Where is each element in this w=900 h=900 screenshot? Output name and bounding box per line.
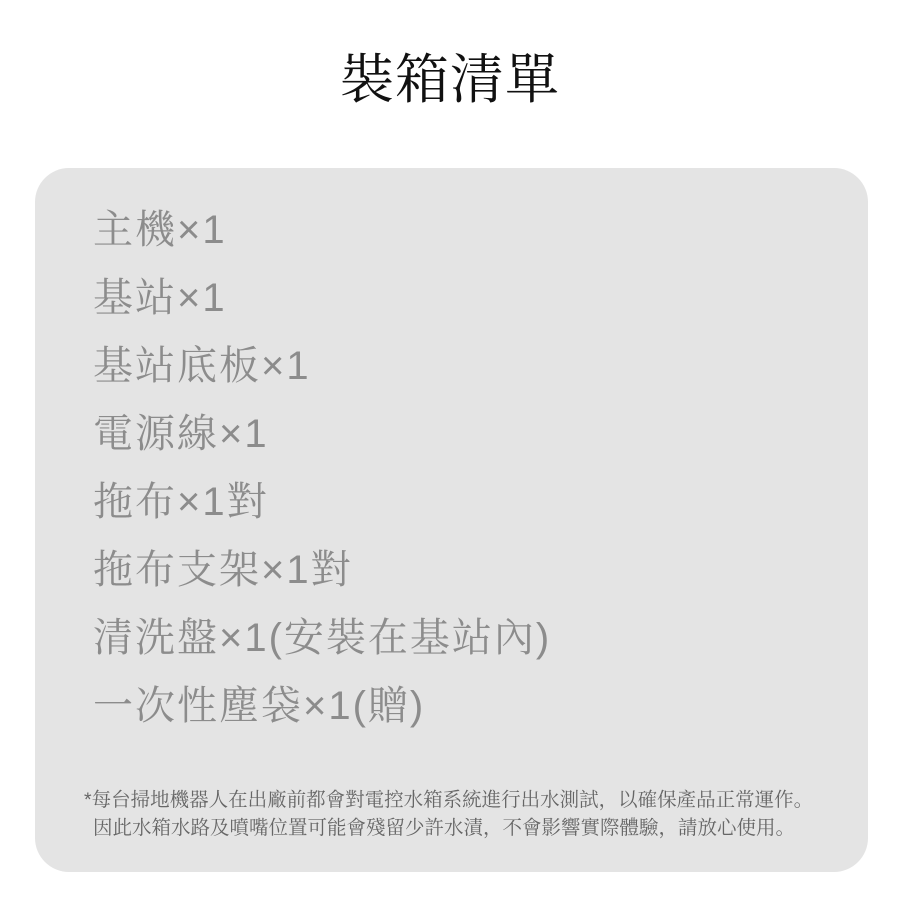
list-item-base-plate: 基站底板×1 [93, 332, 838, 400]
packing-list: 主機×1 基站×1 基站底板×1 電源線×1 拖布×1對 拖布支架×1對 清洗盤… [35, 168, 868, 740]
list-item-cleaning-tray: 清洗盤×1(安裝在基站內) [93, 604, 838, 672]
list-item-dust-bag: 一次性塵袋×1(贈) [93, 672, 838, 740]
footnote-line-1: *每台掃地機器人在出廠前都會對電控水箱系統進行出水測試，以確保產品正常運作。 [93, 786, 824, 814]
list-item-mop-bracket: 拖布支架×1對 [93, 536, 838, 604]
page-title: 裝箱清單 [0, 48, 900, 112]
list-item-power-cord: 電源線×1 [93, 400, 838, 468]
footnote-line-2: 因此水箱水路及噴嘴位置可能會殘留少許水漬，不會影響實際體驗，請放心使用。 [93, 814, 824, 842]
packing-list-page: 裝箱清單 主機×1 基站×1 基站底板×1 電源線×1 拖布×1對 拖布支架×1… [0, 0, 900, 900]
packing-list-card: 主機×1 基站×1 基站底板×1 電源線×1 拖布×1對 拖布支架×1對 清洗盤… [35, 168, 868, 872]
list-item-base-station: 基站×1 [93, 264, 838, 332]
footnote: *每台掃地機器人在出廠前都會對電控水箱系統進行出水測試，以確保產品正常運作。 因… [93, 786, 824, 842]
list-item-mop-cloth: 拖布×1對 [93, 468, 838, 536]
list-item-main-unit: 主機×1 [93, 196, 838, 264]
